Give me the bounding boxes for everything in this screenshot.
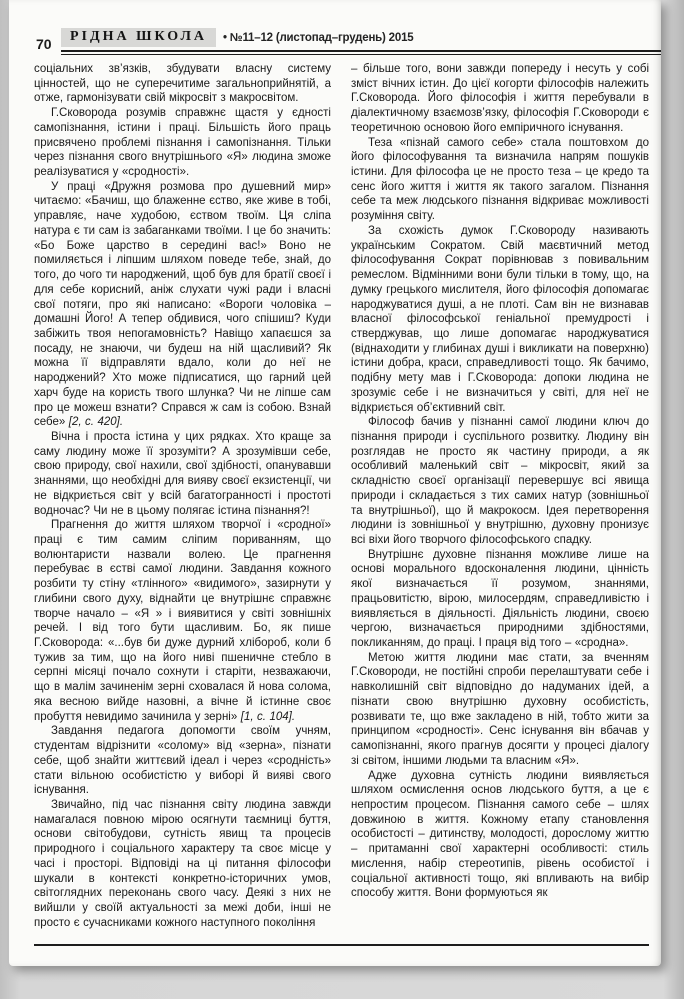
page-header: РІДНА ШКОЛА • №11–12 (листопад–грудень) … [61, 28, 661, 55]
citation: [1, с. 104]. [241, 711, 295, 723]
issue-info: • №11–12 (листопад–грудень) 2015 [223, 32, 413, 44]
paragraph: Звичайно, під час пізнання світу людина … [34, 798, 331, 930]
paragraph: Метою життя людини має стати, за вченням… [351, 651, 649, 769]
paragraph: – більше того, вони завжди попереду і не… [351, 62, 649, 136]
paragraph: Філософ бачив у пізнанні самої людини кл… [351, 415, 649, 547]
page-number: 70 [36, 36, 52, 52]
paragraph: За схожість думок Г.Сковороду називають … [351, 224, 649, 415]
citation: [2, с. 420]. [69, 416, 123, 428]
paragraph: соціальних зв’язків, збудувати власну си… [34, 62, 331, 106]
column-right: – більше того, вони завжди попереду і не… [351, 62, 649, 944]
column-left: соціальних зв’язків, збудувати власну си… [34, 62, 331, 944]
journal-title: РІДНА ШКОЛА [61, 28, 216, 47]
paragraph: Завдання педагога допомогти своїм учням,… [34, 724, 331, 798]
footer-rule [34, 944, 649, 946]
journal-page: 70 РІДНА ШКОЛА • №11–12 (листопад–груден… [9, 0, 661, 966]
paragraph: Адже духовна сутність людини виявляється… [351, 769, 649, 901]
paragraph: Внутрішнє духовне пізнання можливе лише … [351, 548, 649, 651]
header-rule [61, 50, 661, 55]
paragraph: Теза «пізнай самого себе» стала поштовхо… [351, 136, 649, 224]
paragraph: Вічна і проста істина у цих рядках. Хто … [34, 430, 331, 518]
article-body: соціальних зв’язків, збудувати власну си… [34, 62, 649, 944]
header-line: РІДНА ШКОЛА • №11–12 (листопад–грудень) … [61, 28, 661, 50]
paragraph: Прагнення до життя шляхом творчої і «сро… [34, 518, 331, 724]
paragraph: Г.Сковорода розумів справжнє щастя у єдн… [34, 106, 331, 180]
paragraph: У праці «Дружня розмова про душевний мир… [34, 180, 331, 430]
